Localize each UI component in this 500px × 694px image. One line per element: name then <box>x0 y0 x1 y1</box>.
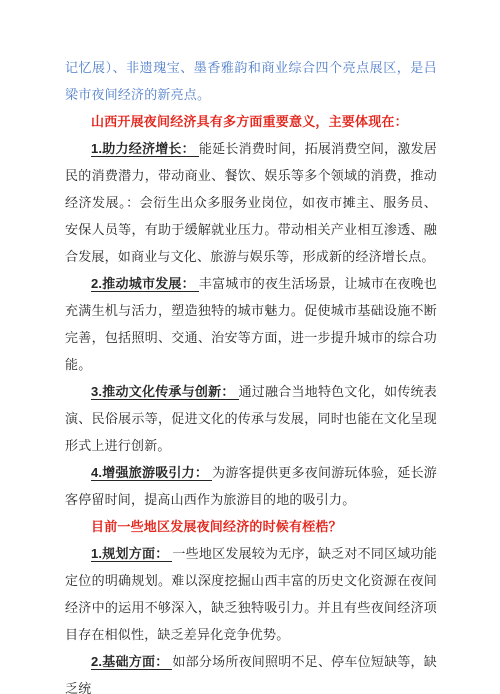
item-economic-growth: 1.助力经济增长：能延长消费时间，拓展消费空间，激发居民的消费潜力，带动商业、餐… <box>65 135 437 270</box>
item-economic-growth-text: 能延长消费时间，拓展消费空间，激发居民的消费潜力，带动商业、餐饮、娱乐等多个领域… <box>65 141 437 264</box>
item-planning-aspect-lead: 1.规划方面： <box>91 546 172 562</box>
section-heading-constraints: 目前一些地区发展夜间经济的时候有桎梏？ <box>65 513 437 540</box>
document-page: 记忆展）、非遗瑰宝、墨香雅韵和商业综合四个亮点展区，是吕梁市夜间经济的新亮点。 … <box>0 0 500 694</box>
item-tourism-attraction-lead: 4.增强旅游吸引力： <box>91 465 212 481</box>
item-city-development-lead: 2.推动城市发展： <box>91 276 199 292</box>
item-culture-heritage: 3.推动文化传承与创新：通过融合当地特色文化，如传统表演、民俗展示等，促进文化的… <box>65 378 437 459</box>
item-infrastructure-aspect: 2.基础方面：如部分场所夜间照明不足、停车位短缺等，缺乏统 <box>65 648 437 694</box>
item-planning-aspect: 1.规划方面：一些地区发展较为无序，缺乏对不同区域功能定位的明确规划。难以深度挖… <box>65 540 437 648</box>
item-tourism-attraction: 4.增强旅游吸引力：为游客提供更多夜间游玩体验，延长游客停留时间，提高山西作为旅… <box>65 459 437 513</box>
item-economic-growth-lead: 1.助力经济增长： <box>91 141 199 157</box>
item-culture-heritage-lead: 3.推动文化传承与创新： <box>91 384 239 400</box>
item-infrastructure-aspect-lead: 2.基础方面： <box>91 654 172 670</box>
section-heading-significance: 山西开展夜间经济具有多方面重要意义，主要体现在： <box>65 108 437 135</box>
item-city-development: 2.推动城市发展：丰富城市的夜生活场景，让城市在夜晚也充满生机与活力，塑造独特的… <box>65 270 437 378</box>
intro-continuation-paragraph: 记忆展）、非遗瑰宝、墨香雅韵和商业综合四个亮点展区，是吕梁市夜间经济的新亮点。 <box>65 54 437 108</box>
